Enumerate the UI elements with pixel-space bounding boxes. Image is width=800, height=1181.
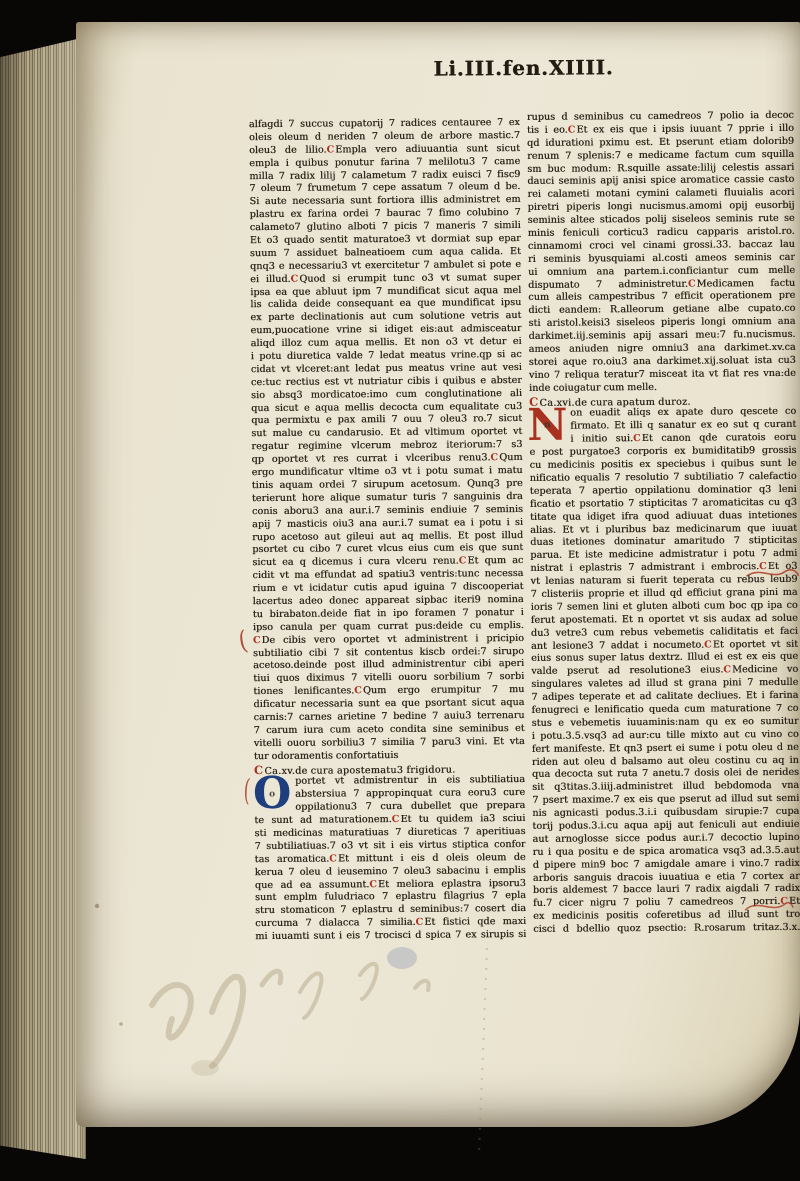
tironian-et-glyph: 7 xyxy=(365,801,371,812)
text-line: mi iuuamti sunt i eis 7 trocisci d spica… xyxy=(255,929,526,944)
pilcrow-mark: C xyxy=(354,685,363,696)
tironian-et-glyph: 7 xyxy=(376,286,382,297)
tironian-et-glyph: 7 xyxy=(514,130,520,141)
pilcrow-mark: C xyxy=(329,853,338,864)
tironian-et-glyph: 7 xyxy=(416,156,422,167)
tironian-et-glyph: 7 xyxy=(612,885,618,896)
tironian-et-glyph: 7 xyxy=(565,150,571,161)
tironian-et-glyph: 7 xyxy=(599,640,605,651)
tironian-et-glyph: 7 xyxy=(381,711,387,722)
tironian-et-glyph: 7 xyxy=(330,840,336,851)
tironian-et-glyph: 7 xyxy=(492,684,498,695)
tironian-et-glyph: 7 xyxy=(554,369,560,380)
tironian-et-glyph: 7 xyxy=(411,169,417,180)
pilcrow-mark: C xyxy=(688,278,697,289)
tironian-et-glyph: 7 xyxy=(367,917,373,928)
tironian-et-glyph: 7 xyxy=(642,768,648,779)
tironian-et-glyph: 7 xyxy=(638,369,644,380)
tironian-et-glyph: 7 xyxy=(747,677,753,688)
tironian-et-glyph: 7 xyxy=(633,859,639,870)
text-column-left: alfagdi 7 succus cupatorij 7 radices cen… xyxy=(249,117,526,944)
tironian-et-glyph: 7 xyxy=(427,208,433,219)
tironian-et-glyph: 7 xyxy=(707,110,713,121)
tironian-et-glyph: 7 xyxy=(455,930,461,941)
tironian-et-glyph: 7 xyxy=(335,544,341,555)
tironian-et-glyph: 7 xyxy=(447,182,453,193)
tironian-et-glyph: 7 xyxy=(692,497,698,508)
running-head: Li.III.fen.XIIII. xyxy=(433,55,613,80)
rubric-paragraph-flourish: ( xyxy=(237,628,250,655)
tironian-et-glyph: 7 xyxy=(740,897,746,908)
tironian-et-glyph: 7 xyxy=(734,536,740,547)
tironian-et-glyph: 7 xyxy=(451,582,457,593)
pilcrow-mark: C xyxy=(392,814,401,825)
tironian-et-glyph: 7 xyxy=(389,118,395,129)
tironian-et-glyph: 7 xyxy=(628,562,634,573)
tironian-et-glyph: 7 xyxy=(497,117,503,128)
pilcrow-mark: C xyxy=(416,917,425,928)
tironian-et-glyph: 7 xyxy=(361,183,367,194)
drop-cap-initial-O: Oo( xyxy=(252,774,292,814)
tironian-et-glyph: 7 xyxy=(351,479,357,490)
tironian-et-glyph: 7 xyxy=(372,131,378,142)
tironian-et-glyph: 7 xyxy=(486,414,492,425)
tironian-et-glyph: 7 xyxy=(727,123,733,134)
tironian-et-glyph: 7 xyxy=(364,930,370,941)
tironian-et-glyph: 7 xyxy=(496,439,502,450)
tironian-et-glyph: 7 xyxy=(255,841,261,852)
tironian-et-glyph: 7 xyxy=(432,711,438,722)
tironian-et-glyph: 7 xyxy=(557,602,563,613)
page-text-layer: Li.III.fen.XIIII. alfagdi 7 succus cupat… xyxy=(0,0,800,1181)
tironian-et-glyph: 7 xyxy=(492,891,498,902)
pilcrow-mark: C xyxy=(490,452,499,463)
tironian-et-glyph: 7 xyxy=(531,589,537,600)
tironian-et-glyph: 7 xyxy=(370,737,376,748)
tironian-et-glyph: 7 xyxy=(720,330,726,341)
tironian-et-glyph: 7 xyxy=(428,414,434,425)
pilcrow-mark: C xyxy=(780,896,789,907)
text-column-right: rupus d seminibus cu camedreos 7 polio i… xyxy=(527,110,800,937)
tironian-et-glyph: 7 xyxy=(764,883,770,894)
tironian-et-glyph: 7 xyxy=(579,485,585,496)
tironian-et-glyph: 7 xyxy=(254,725,260,736)
tironian-et-glyph: 7 xyxy=(708,832,714,843)
tironian-et-glyph: 7 xyxy=(391,414,397,425)
tironian-et-glyph: 7 xyxy=(662,291,668,302)
pilcrow-mark: C xyxy=(759,561,768,572)
guide-letter: n xyxy=(544,422,551,431)
pilcrow-mark: C xyxy=(327,144,336,155)
tironian-et-glyph: 7 xyxy=(392,866,398,877)
tironian-et-glyph: 7 xyxy=(763,858,769,869)
tironian-et-glyph: 7 xyxy=(614,472,620,483)
tironian-et-glyph: 7 xyxy=(288,119,294,130)
tironian-et-glyph: 7 xyxy=(420,736,426,747)
pilcrow-mark: C xyxy=(369,879,378,890)
tironian-et-glyph: 7 xyxy=(340,170,346,181)
tironian-et-glyph: 7 xyxy=(382,221,388,232)
pilcrow-mark: C xyxy=(459,556,468,567)
tironian-et-glyph: 7 xyxy=(283,248,289,259)
tironian-et-glyph: 7 xyxy=(305,918,311,929)
tironian-et-glyph: 7 xyxy=(741,871,747,882)
tironian-et-glyph: 7 xyxy=(596,279,602,290)
tironian-et-glyph: 7 xyxy=(368,350,374,361)
tironian-et-glyph: 7 xyxy=(395,827,401,838)
tironian-et-glyph: 7 xyxy=(628,498,634,509)
tironian-et-glyph: 7 xyxy=(487,672,493,683)
tironian-et-glyph: 7 xyxy=(473,504,479,515)
tironian-et-glyph: 7 xyxy=(514,207,520,218)
tironian-et-glyph: 7 xyxy=(623,897,629,908)
tironian-et-glyph: 7 xyxy=(463,826,469,837)
tironian-et-glyph: 7 xyxy=(279,170,285,181)
tironian-et-glyph: 7 xyxy=(486,169,492,180)
tironian-et-glyph: 7 xyxy=(374,208,380,219)
pilcrow-mark: C xyxy=(633,433,642,444)
tironian-et-glyph: 7 xyxy=(423,260,429,271)
tironian-et-glyph: 7 xyxy=(288,866,294,877)
pen-flourish: ( xyxy=(243,770,252,811)
pilcrow-mark: C xyxy=(723,665,732,676)
tironian-et-glyph: 7 xyxy=(287,712,293,723)
drop-cap-initial-N: Nn xyxy=(527,405,567,445)
tironian-et-glyph: 7 xyxy=(738,471,744,482)
tironian-et-glyph: 7 xyxy=(462,607,468,618)
pilcrow-mark: C xyxy=(704,639,713,650)
book-photo: Li.III.fen.XIIII. alfagdi 7 succus cupat… xyxy=(0,0,800,1181)
tironian-et-glyph: 7 xyxy=(275,518,281,529)
tironian-et-glyph: 7 xyxy=(532,795,538,806)
pilcrow-mark: C xyxy=(291,273,300,284)
tironian-et-glyph: 7 xyxy=(423,221,429,232)
tironian-et-glyph: 7 xyxy=(353,789,359,800)
tironian-et-glyph: 7 xyxy=(613,794,619,805)
tironian-et-glyph: 7 xyxy=(333,647,339,658)
tironian-et-glyph: 7 xyxy=(546,898,552,909)
tironian-et-glyph: 7 xyxy=(684,768,690,779)
guide-letter: o xyxy=(269,790,275,799)
tironian-et-glyph: 7 xyxy=(463,904,469,915)
text-line: vino 7 reliqua teratur7 misceat ita vt f… xyxy=(529,368,796,383)
tironian-et-glyph: 7 xyxy=(442,491,448,502)
tironian-et-glyph: 7 xyxy=(531,692,537,703)
tironian-et-glyph: 7 xyxy=(249,184,255,195)
tironian-et-glyph: 7 xyxy=(296,183,302,194)
tironian-et-glyph: 7 xyxy=(673,472,679,483)
tironian-et-glyph: 7 xyxy=(762,806,768,817)
tironian-et-glyph: 7 xyxy=(374,505,380,516)
pilcrow-mark: C xyxy=(253,635,262,646)
tironian-et-glyph: 7 xyxy=(382,891,388,902)
text-line: vitelli ouoru sorbiliu3 7 similia 7 paru… xyxy=(254,736,525,751)
tironian-et-glyph: 7 xyxy=(482,220,488,231)
tironian-et-glyph: 7 xyxy=(615,150,621,161)
tironian-et-glyph: 7 xyxy=(667,897,673,908)
tironian-et-glyph: 7 xyxy=(351,673,357,684)
tironian-et-glyph: 7 xyxy=(480,646,486,657)
tironian-et-glyph: 7 xyxy=(340,905,346,916)
tironian-et-glyph: 7 xyxy=(481,156,487,167)
tironian-et-glyph: 7 xyxy=(684,884,690,895)
pilcrow-mark: C xyxy=(568,124,577,135)
tironian-et-glyph: 7 xyxy=(407,517,413,528)
tironian-et-glyph: 7 xyxy=(294,222,300,233)
tironian-et-glyph: 7 xyxy=(776,703,782,714)
tironian-et-glyph: 7 xyxy=(761,548,767,559)
text-line: cisci d bdellio quoz psectio: R.rosarum … xyxy=(533,922,800,937)
